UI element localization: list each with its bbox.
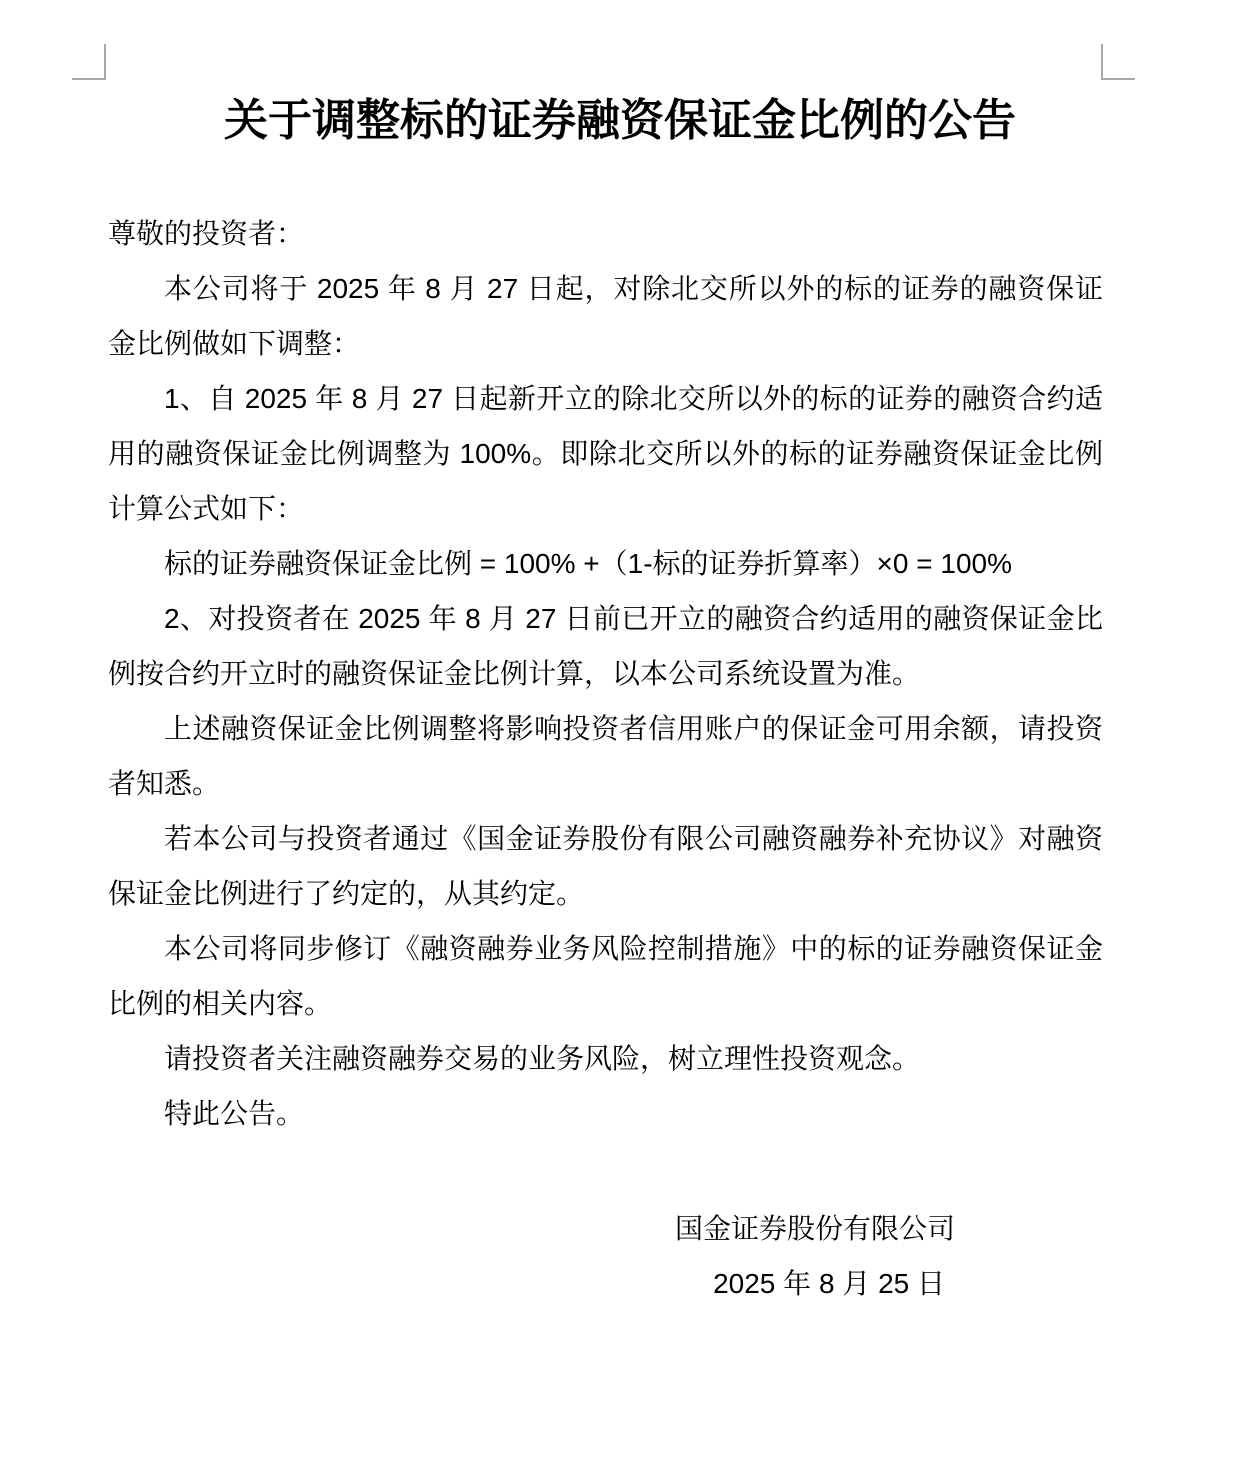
paragraph-formula: 标的证券融资保证金比例 = 100% +（1-标的证券折算率）×0 = 100% (108, 536, 1103, 591)
document-title: 关于调整标的证券融资保证金比例的公告 (108, 88, 1132, 154)
paragraph-impact-notice: 上述融资保证金比例调整将影响投资者信用账户的保证金可用余额，请投资者知悉。 (108, 701, 1103, 811)
paragraph-closing: 特此公告。 (108, 1086, 1103, 1141)
paragraph-supplementary-agreement: 若本公司与投资者通过《国金证券股份有限公司融资融券补充协议》对融资保证金比例进行… (108, 811, 1103, 921)
salutation: 尊敬的投资者： (108, 206, 1103, 261)
signature-company: 国金证券股份有限公司 (108, 1201, 1103, 1256)
document-body: 尊敬的投资者： 本公司将于 2025 年 8 月 27 日起，对除北交所以外的标… (108, 206, 1103, 1141)
signature-date: 2025 年 8 月 25 日 (108, 1256, 1103, 1311)
paragraph-risk-reminder: 请投资者关注融资融券交易的业务风险，树立理性投资观念。 (108, 1031, 1103, 1086)
paragraph-item-1: 1、自 2025 年 8 月 27 日起新开立的除北交所以外的标的证券的融资合约… (108, 371, 1103, 536)
signature-block: 国金证券股份有限公司 2025 年 8 月 25 日 (108, 1201, 1103, 1311)
text-boundary-mark-top-left (72, 44, 106, 80)
paragraph-effective-date: 本公司将于 2025 年 8 月 27 日起，对除北交所以外的标的证券的融资保证… (108, 261, 1103, 371)
text-boundary-mark-top-right (1101, 44, 1135, 80)
document-page: 关于调整标的证券融资保证金比例的公告 尊敬的投资者： 本公司将于 2025 年 … (0, 0, 1240, 1468)
paragraph-item-2: 2、对投资者在 2025 年 8 月 27 日前已开立的融资合约适用的融资保证金… (108, 591, 1103, 701)
paragraph-risk-control-revision: 本公司将同步修订《融资融券业务风险控制措施》中的标的证券融资保证金比例的相关内容… (108, 921, 1103, 1031)
